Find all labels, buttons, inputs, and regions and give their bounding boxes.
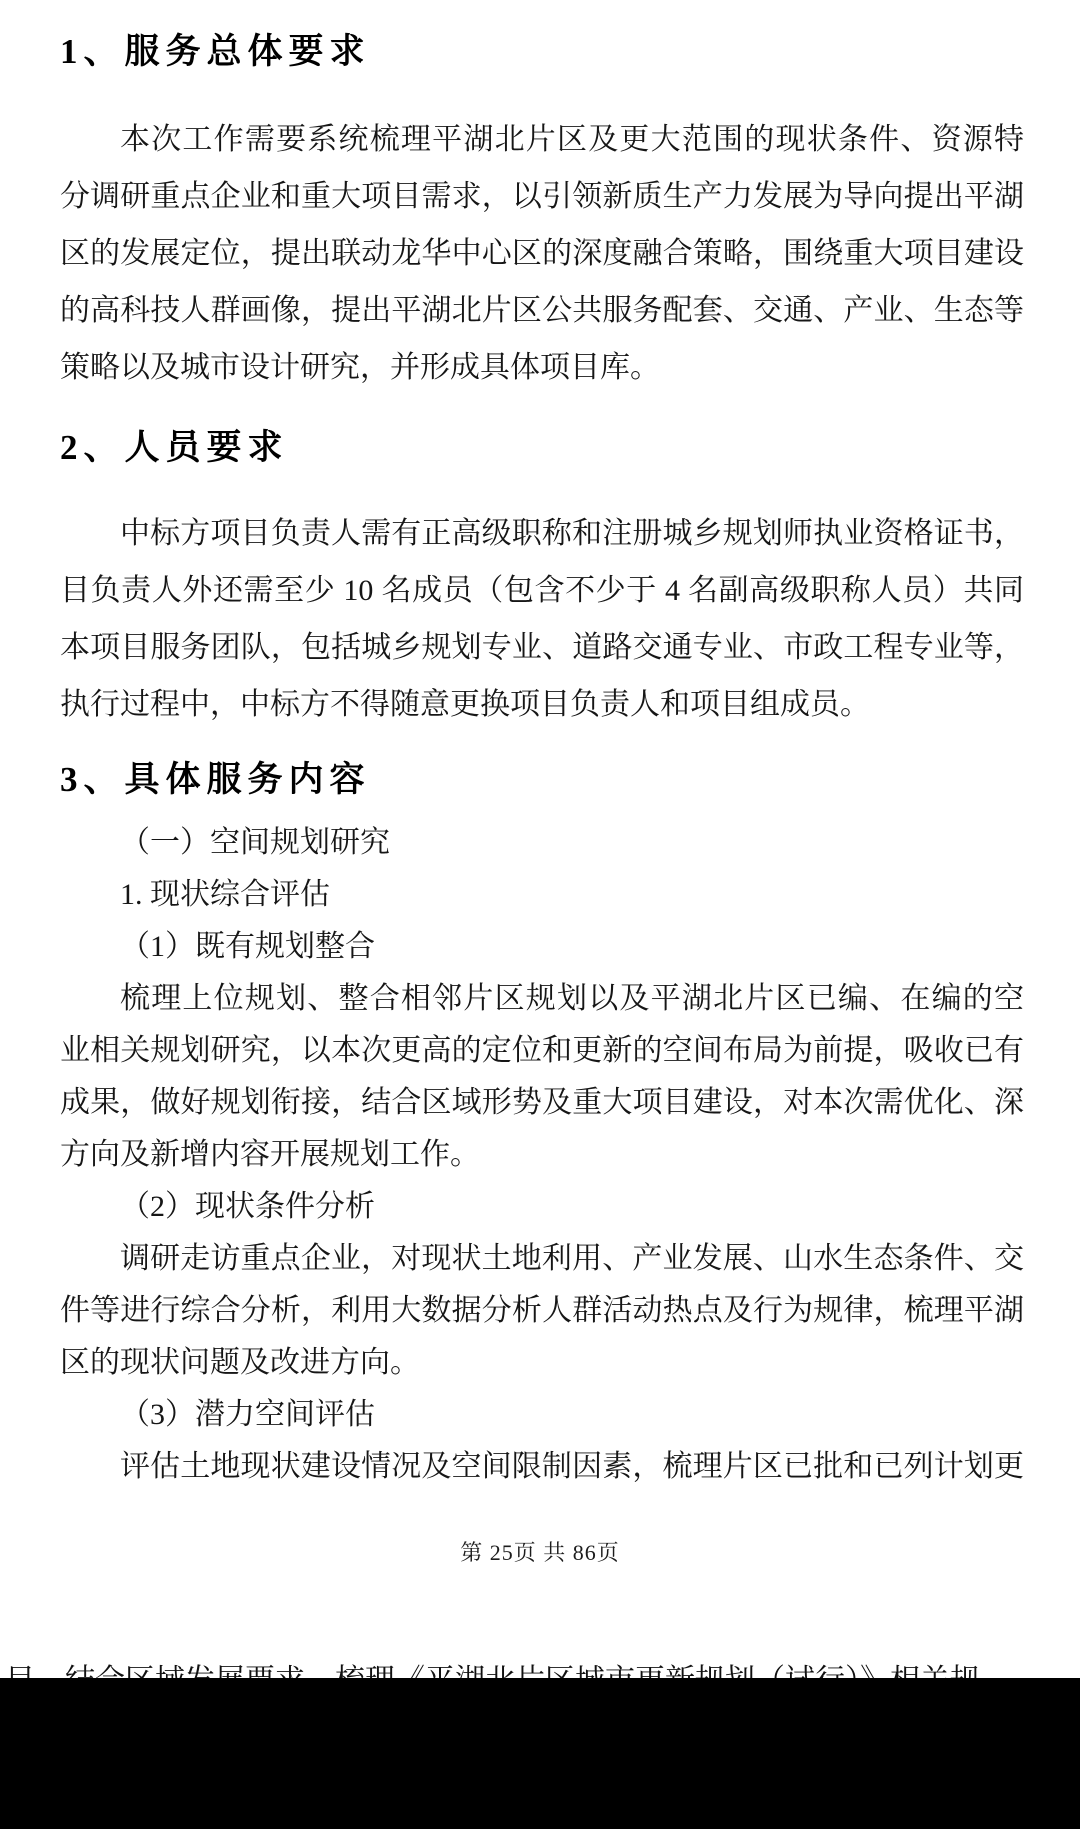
- paragraph-line: 成果，做好规划衔接，结合区域形势及重大项目建设，对本次需优化、深化的: [60, 1077, 1024, 1129]
- paragraph-line: 方向及新增内容开展规划工作。: [60, 1129, 1024, 1181]
- page-number-footer: 第 25页 共 86页: [0, 1540, 1080, 1566]
- sub-item-line: （2）现状条件分析: [60, 1181, 1024, 1233]
- paragraph-personnel-requirements: 中标方项目负责人需有正高级职称和注册城乡规划师执业资格证书，除项 目负责人外还需…: [60, 505, 1024, 733]
- paragraph-line: 评估土地现状建设情况及空间限制因素，梳理片区已批和已列计划更新项: [60, 1441, 1024, 1493]
- paragraph-line: 的高科技人群画像，提出平湖北片区公共服务配套、交通、产业、生态等空间: [60, 282, 1024, 339]
- paragraph-line: 策略以及城市设计研究，并形成具体项目库。: [60, 339, 1024, 396]
- paragraph-line: 执行过程中，中标方不得随意更换项目负责人和项目组成员。: [60, 676, 1024, 733]
- paragraph-line: 区的发展定位，提出联动龙华中心区的深度融合策略，围绕重大项目建设导入: [60, 225, 1024, 282]
- paragraph-line: 件等进行综合分析，利用大数据分析人群活动热点及行为规律，梳理平湖北片: [60, 1285, 1024, 1337]
- section-heading-3: 3、具体服务内容: [60, 761, 1024, 799]
- section-service-content: （一）空间规划研究 1. 现状综合评估 （1）既有规划整合 梳理上位规划、整合相…: [60, 817, 1024, 1493]
- paragraph-line: 中标方项目负责人需有正高级职称和注册城乡规划师执业资格证书，除项: [60, 505, 1024, 562]
- paragraph-line: 目负责人外还需至少 10 名成员（包含不少于 4 名副高级职称人员）共同组成基: [60, 562, 1024, 619]
- paragraph-line: 区的现状问题及改进方向。: [60, 1337, 1024, 1389]
- sub-item-line: （3）潜力空间评估: [60, 1389, 1024, 1441]
- paragraph-overall-requirements: 本次工作需要系统梳理平湖北片区及更大范围的现状条件、资源特色，充 分调研重点企业…: [60, 111, 1024, 396]
- document-page: 1、服务总体要求 本次工作需要系统梳理平湖北片区及更大范围的现状条件、资源特色，…: [0, 0, 1080, 1829]
- paragraph-line: 本项目服务团队，包括城乡规划专业、道路交通专业、市政工程专业等，合同: [60, 619, 1024, 676]
- sub-item-line: 1. 现状综合评估: [60, 869, 1024, 921]
- section-heading-2: 2、人员要求: [60, 429, 1024, 467]
- paragraph-line: 本次工作需要系统梳理平湖北片区及更大范围的现状条件、资源特色，充: [60, 111, 1024, 168]
- paragraph-line: 业相关规划研究，以本次更高的定位和更新的空间布局为前提，吸收已有规划: [60, 1025, 1024, 1077]
- section-heading-1: 1、服务总体要求: [60, 33, 1024, 71]
- sub-item-line: （1）既有规划整合: [60, 921, 1024, 973]
- paragraph-line: 调研走访重点企业，对现状土地利用、产业发展、山水生态条件、交通条: [60, 1233, 1024, 1285]
- clipped-text-line: 目，结合区域发展要求，梳理《平湖北片区城市更新规划（试行）》相关规: [0, 1662, 1080, 1678]
- bottom-black-band: [0, 1678, 1080, 1829]
- paragraph-line: 分调研重点企业和重大项目需求，以引领新质生产力发展为导向提出平湖北片: [60, 168, 1024, 225]
- sub-item-line: （一）空间规划研究: [60, 817, 1024, 869]
- paragraph-line: 梳理上位规划、整合相邻片区规划以及平湖北片区已编、在编的空间、产: [60, 973, 1024, 1025]
- clipped-text-fragments: 目，结合区域发展要求，梳理《平湖北片区城市更新规划（试行）》相关规: [0, 1662, 1080, 1678]
